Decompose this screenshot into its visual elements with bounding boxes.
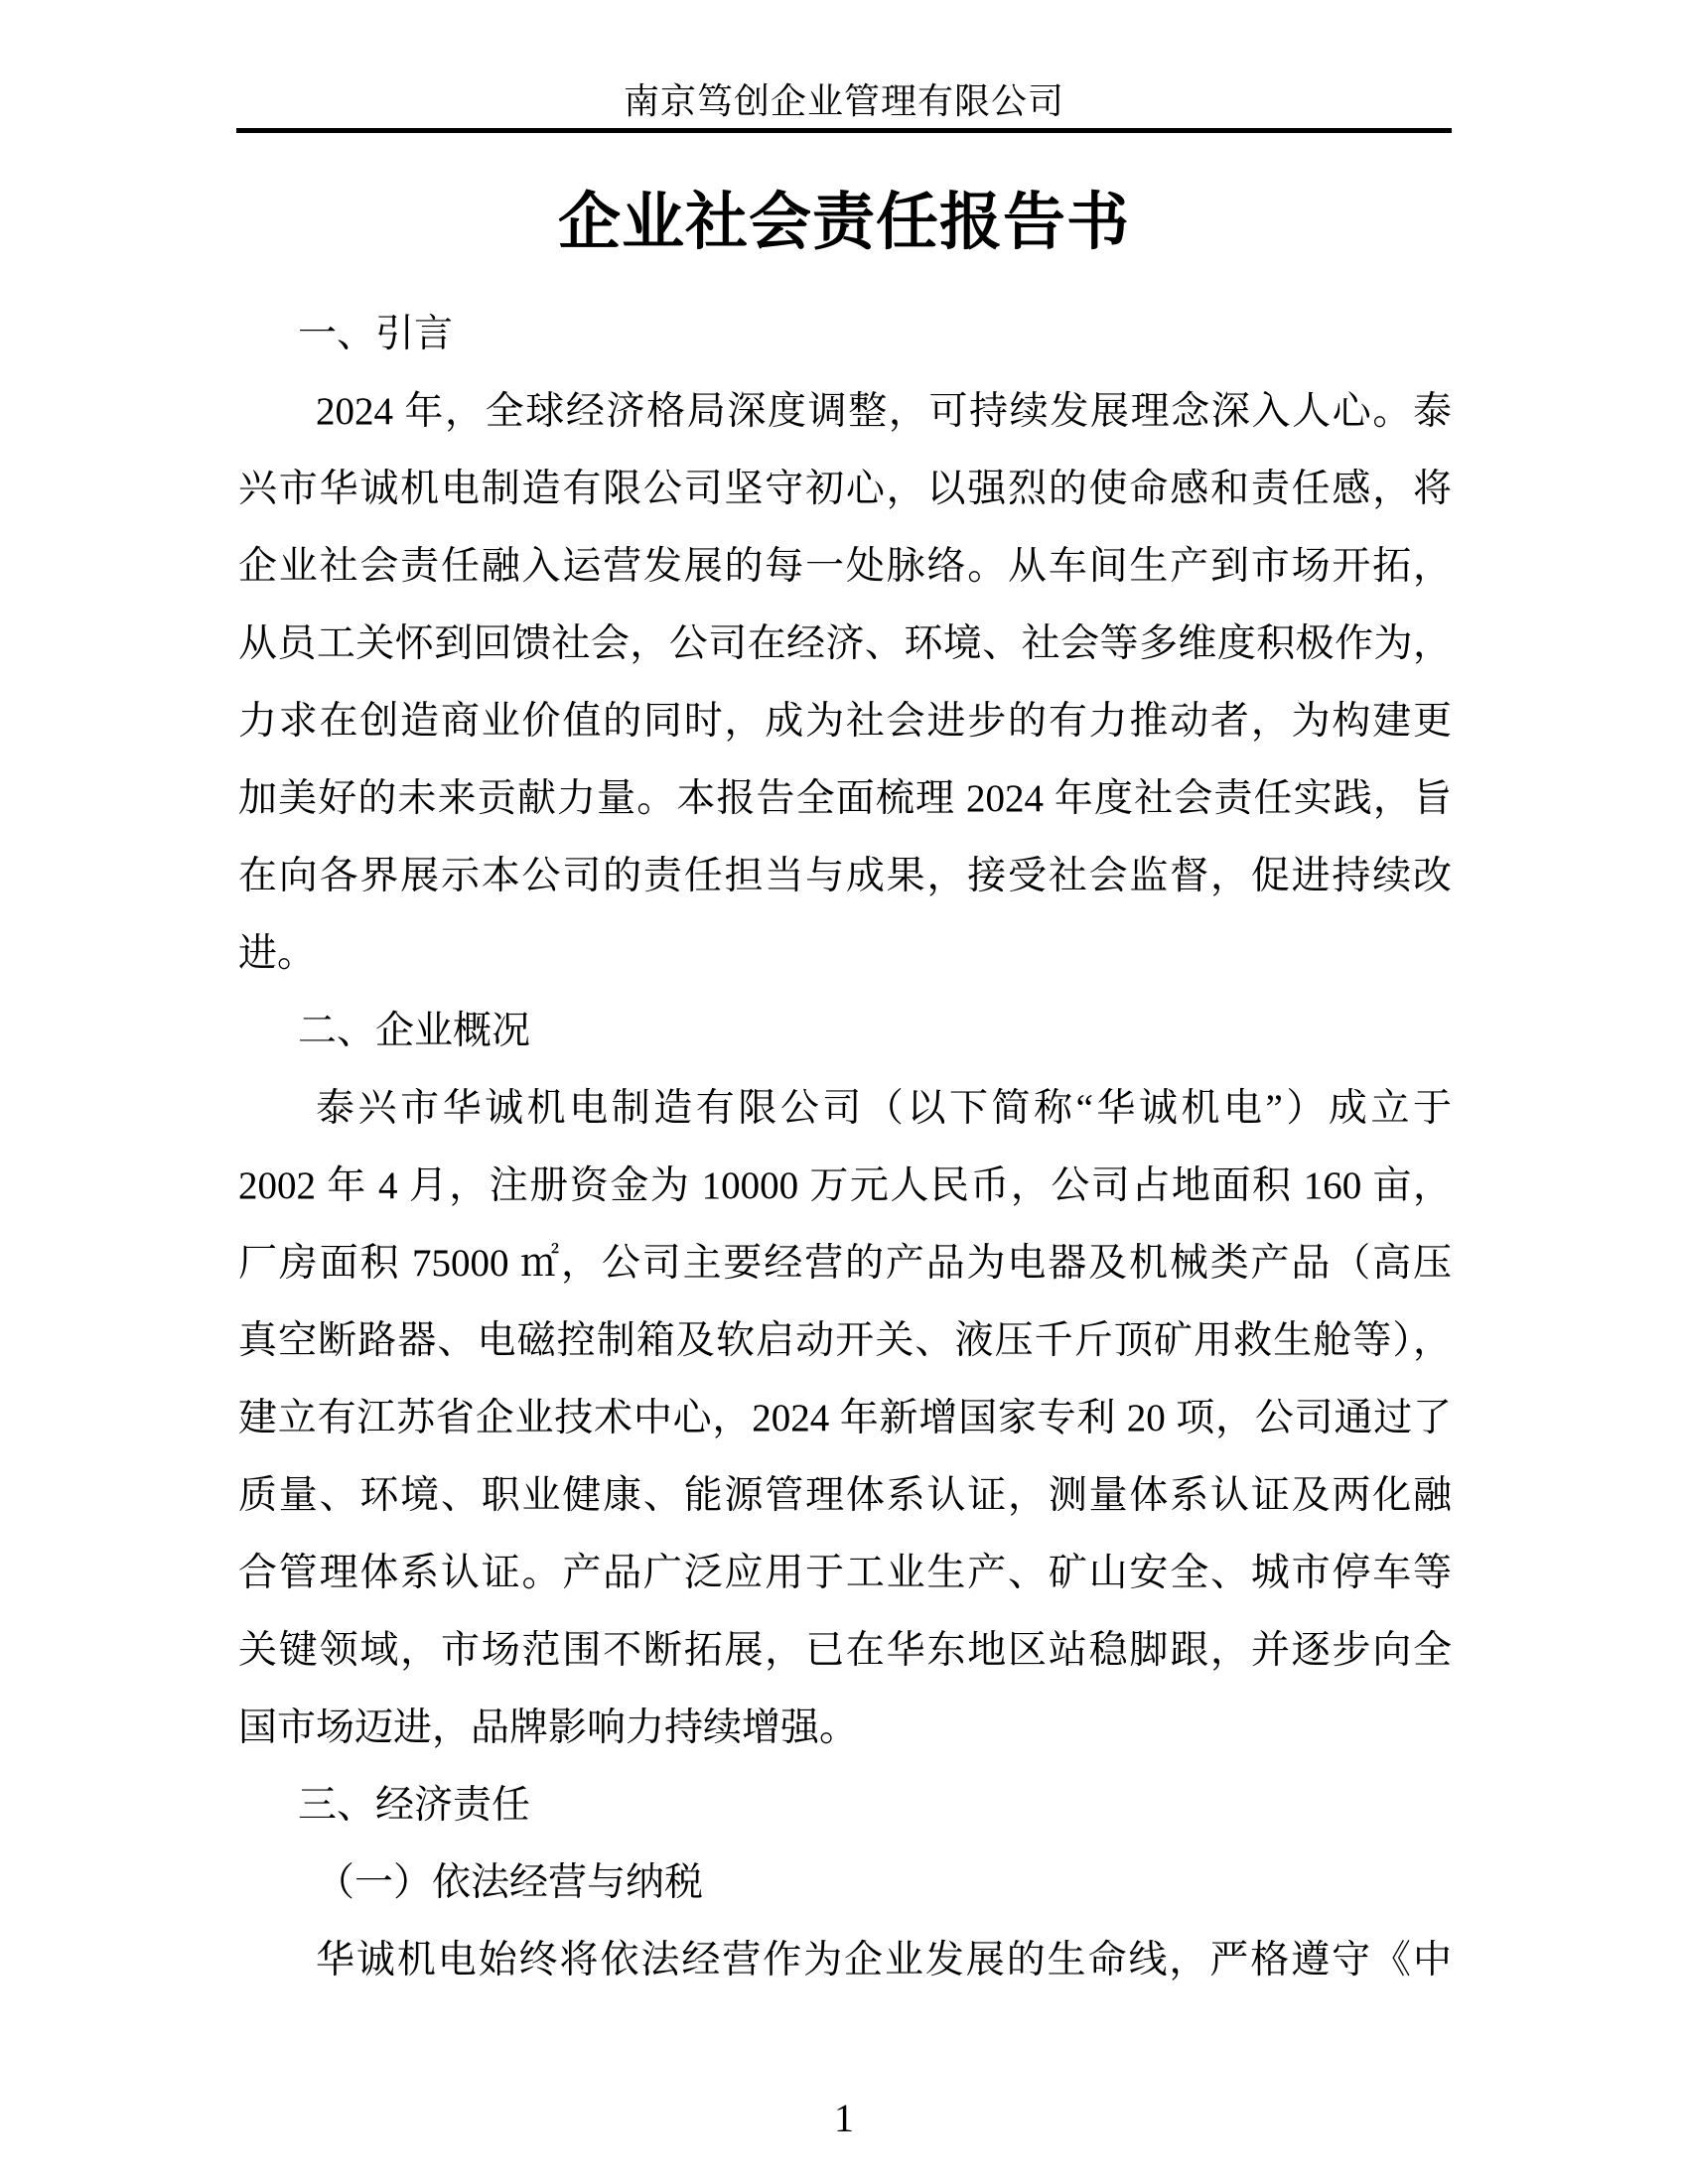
paragraph-line: 泰兴市华诚机电制造有限公司（以下简称“华诚机电”）成立于 [238, 1070, 1452, 1148]
paragraph-line: 2024 年，全球经济格局深度调整，可持续发展理念深入人心。泰 [238, 373, 1452, 451]
sub-heading: （一）依法经营与纳税 [238, 1844, 1452, 1922]
paragraph-line: 兴市华诚机电制造有限公司坚守初心，以强烈的使命感和责任感，将 [238, 451, 1452, 528]
document-body: 一、引言2024 年，全球经济格局深度调整，可持续发展理念深入人心。泰兴市华诚机… [238, 296, 1452, 1999]
page-header-company-name: 南京笃创企业管理有限公司 [236, 79, 1452, 123]
section-heading: 二、企业概况 [238, 993, 1452, 1070]
section-heading: 一、引言 [238, 296, 1452, 373]
header-rule [236, 128, 1452, 133]
paragraph-line: 华诚机电始终将依法经营作为企业发展的生命线，严格遵守《中 [238, 1922, 1452, 1999]
paragraph-line: 质量、环境、职业健康、能源管理体系认证，测量体系认证及两化融 [238, 1457, 1452, 1535]
paragraph-line: 关键领域，市场范围不断拓展，已在华东地区站稳脚跟，并逐步向全 [238, 1612, 1452, 1690]
paragraph-line: 建立有江苏省企业技术中心，2024 年新增国家专利 20 项，公司通过了 [238, 1380, 1452, 1457]
document-title: 企业社会责任报告书 [0, 182, 1688, 263]
paragraph-line: 在向各界展示本公司的责任担当与成果，接受社会监督，促进持续改 [238, 838, 1452, 915]
paragraph-line: 进。 [238, 915, 1452, 993]
paragraph-line: 厂房面积 75000 ㎡，公司主要经营的产品为电器及机械类产品（高压 [238, 1225, 1452, 1302]
document-page: 南京笃创企业管理有限公司 企业社会责任报告书 一、引言2024 年，全球经济格局… [0, 0, 1688, 2184]
paragraph-line: 合管理体系认证。产品广泛应用于工业生产、矿山安全、城市停车等 [238, 1535, 1452, 1612]
paragraph-line: 从员工关怀到回馈社会，公司在经济、环境、社会等多维度积极作为， [238, 606, 1452, 683]
paragraph-line: 企业社会责任融入运营发展的每一处脉络。从车间生产到市场开拓， [238, 528, 1452, 606]
section-heading: 三、经济责任 [238, 1767, 1452, 1844]
paragraph-line: 2002 年 4 月，注册资金为 10000 万元人民币，公司占地面积 160 … [238, 1148, 1452, 1225]
paragraph-line: 力求在创造商业价值的同时，成为社会进步的有力推动者，为构建更 [238, 683, 1452, 760]
paragraph-line: 真空断路器、电磁控制箱及软启动开关、液压千斤顶矿用救生舱等）， [238, 1302, 1452, 1380]
paragraph-line: 加美好的未来贡献力量。本报告全面梳理 2024 年度社会责任实践，旨 [238, 760, 1452, 838]
page-number: 1 [0, 2089, 1688, 2148]
paragraph-line: 国市场迈进，品牌影响力持续增强。 [238, 1690, 1452, 1767]
